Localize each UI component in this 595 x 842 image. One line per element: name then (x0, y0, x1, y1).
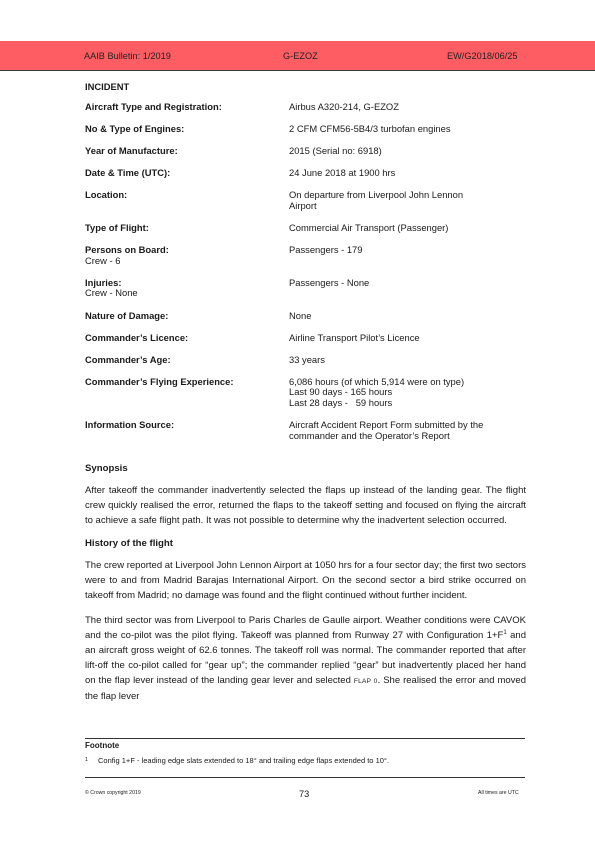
detail-value: None (289, 311, 525, 322)
detail-value: 33 years (289, 355, 525, 366)
detail-label: Location: (85, 190, 289, 201)
copyright: © Crown copyright 2019 (85, 790, 141, 796)
history-paragraph-1: The crew reported at Liverpool John Lenn… (85, 558, 526, 603)
footnote-title: Footnote (85, 741, 119, 750)
detail-row: Date & Time (UTC):24 June 2018 at 1900 h… (85, 168, 526, 179)
detail-label: No & Type of Engines: (85, 124, 289, 135)
detail-value-secondary: Passengers - None (289, 277, 369, 288)
incident-heading: INCIDENT (85, 81, 526, 92)
detail-row: Commander’s Flying Experience:6,086 hour… (85, 377, 526, 409)
times-note: All times are UTC (478, 790, 519, 796)
detail-label: Type of Flight: (85, 223, 289, 234)
detail-row: Persons on Board:Passengers - 179Crew - … (85, 245, 526, 266)
detail-row: Type of Flight:Commercial Air Transport … (85, 223, 526, 234)
detail-value: Airline Transport Pilot’s Licence (289, 333, 525, 344)
synopsis-text: After takeoff the commander inadvertentl… (85, 483, 526, 528)
footnote-entry: 1Config 1+F - leading edge slats extende… (85, 756, 389, 765)
footnote-text: Config 1+F - leading edge slats extended… (98, 756, 389, 765)
history-paragraph-2: The third sector was from Liverpool to P… (85, 613, 526, 704)
detail-row: Commander’s Licence:Airline Transport Pi… (85, 333, 526, 344)
detail-value: Airbus A320-214, G-EZOZ (289, 102, 525, 113)
detail-label: Commander’s Licence: (85, 333, 289, 344)
detail-row: Injuries:Passengers - NoneCrew - None (85, 278, 526, 299)
detail-row: Commander’s Age:33 years (85, 355, 526, 366)
report-reference: EW/G2018/06/25 (447, 51, 517, 61)
detail-row: Nature of Damage:None (85, 311, 526, 322)
detail-value: Crew - None (85, 288, 321, 299)
footnote-number: 1 (85, 757, 98, 763)
detail-row: Aircraft Type and Registration:Airbus A3… (85, 102, 526, 113)
detail-row: Information Source:Aircraft Accident Rep… (85, 420, 526, 441)
detail-row: No & Type of Engines:2 CFM CFM56-5B4/3 t… (85, 124, 526, 135)
detail-value: 2 CFM CFM56-5B4/3 turbofan engines (289, 124, 525, 135)
detail-value: Commercial Air Transport (Passenger) (289, 223, 525, 234)
detail-value: Crew - 6 (85, 256, 321, 267)
details-table: Aircraft Type and Registration:Airbus A3… (85, 102, 526, 441)
bulletin-number: AAIB Bulletin: 1/2019 (84, 51, 171, 61)
detail-label: Commander’s Age: (85, 355, 289, 366)
report-content: INCIDENT Aircraft Type and Registration:… (85, 81, 526, 714)
flap-setting: FLAP 0 (354, 678, 378, 685)
header-band: AAIB Bulletin: 1/2019 G-EZOZ EW/G2018/06… (0, 41, 595, 71)
aircraft-registration: G-EZOZ (283, 51, 318, 61)
detail-label: Commander’s Flying Experience: (85, 377, 289, 388)
footnote-divider (85, 738, 525, 739)
detail-value: On departure from Liverpool John LennonA… (289, 190, 525, 211)
detail-value: 2015 (Serial no: 6918) (289, 146, 525, 157)
detail-value: Aircraft Accident Report Form submitted … (289, 420, 525, 441)
detail-label: Aircraft Type and Registration: (85, 102, 289, 113)
detail-label: Year of Manufacture: (85, 146, 289, 157)
history-heading: History of the flight (85, 538, 526, 549)
page-number: 73 (299, 789, 309, 799)
synopsis-heading: Synopsis (85, 463, 526, 474)
detail-value: 24 June 2018 at 1900 hrs (289, 168, 525, 179)
footer-divider (85, 777, 525, 778)
detail-row: Year of Manufacture:2015 (Serial no: 691… (85, 146, 526, 157)
detail-label: Date & Time (UTC): (85, 168, 289, 179)
detail-value-secondary: Passengers - 179 (289, 244, 362, 255)
detail-label: Nature of Damage: (85, 311, 289, 322)
detail-value: 6,086 hours (of which 5,914 were on type… (289, 377, 525, 409)
detail-label: Information Source: (85, 420, 289, 431)
detail-row: Location:On departure from Liverpool Joh… (85, 190, 526, 211)
